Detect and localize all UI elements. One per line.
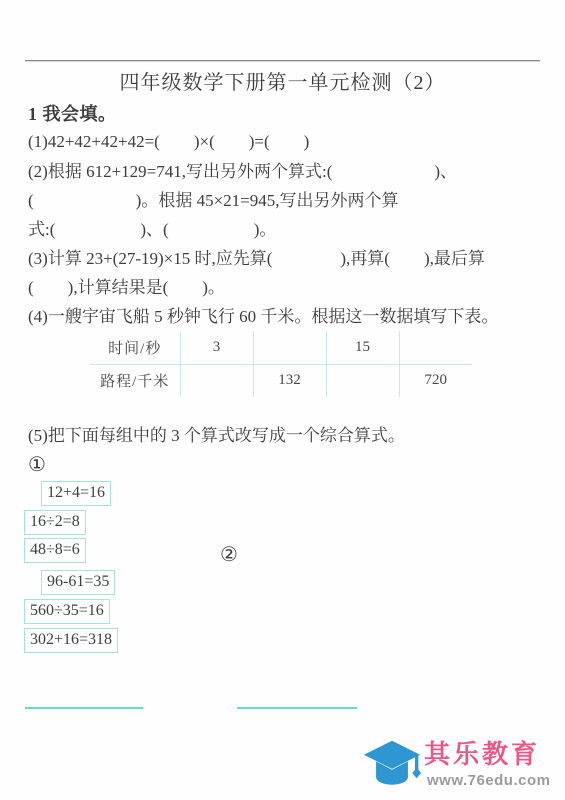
question-1-2-line-2: ( )。根据 45×21=945,写出另外两个算 (28, 189, 543, 213)
equation-box-1: 12+4=16 (41, 481, 111, 506)
page-title: 四年级数学下册第一单元检测（2） (0, 66, 565, 95)
equation-box-2: 16÷2=8 (24, 510, 86, 535)
question-1-heading: 1 我会填。 (28, 102, 543, 126)
table-cell-blank (253, 331, 326, 364)
question-1-1: (1)42+42+42+42=( )×( )=( ) (28, 130, 543, 154)
table-row-distance: 路程/千米 132 720 (90, 364, 472, 397)
equation-box-3: 48÷8=6 (24, 538, 86, 563)
worksheet-page: 四年级数学下册第一单元检测（2） 1 我会填。 (1)42+42+42+42=(… (0, 0, 565, 800)
table-cell-blank (399, 331, 472, 364)
question-1-4: (4)一艘宇宙飞船 5 秒钟飞行 60 千米。根据这一数据填写下表。 (28, 305, 543, 329)
question-1-3-line-1: (3)计算 23+(27-19)×15 时,应先算( ),再算( ),最后算 (28, 247, 543, 271)
graduation-cap-icon (362, 736, 422, 800)
group-2-label: ② (220, 542, 238, 567)
top-divider-rule (25, 60, 540, 62)
equation-box-5: 560÷35=16 (24, 599, 110, 624)
question-1-2-line-1: (2)根据 612+129=741,写出另外两个算式:( )、 (28, 160, 543, 184)
table-cell-blank (326, 364, 399, 397)
equation-box-4: 96-61=35 (41, 570, 115, 595)
group-1-label: ① (28, 452, 46, 477)
answer-blank-line-2 (237, 707, 357, 709)
answer-blank-line-1 (25, 707, 143, 709)
logo-brand-text: 其乐教育 (424, 740, 540, 768)
equation-box-6: 302+16=318 (24, 628, 118, 653)
site-logo: 其乐教育 www.76edu.com (362, 735, 562, 797)
time-distance-table: 时间/秒 3 15 路程/千米 132 720 (90, 331, 472, 397)
question-1-5: (5)把下面每组中的 3 个算式改写成一个综合算式。 (28, 424, 543, 448)
table-cell: 132 (253, 364, 326, 397)
table-header-distance: 路程/千米 (90, 364, 180, 397)
table-cell: 15 (326, 331, 399, 364)
question-1-2-line-3: 式:( )、( )。 (28, 218, 543, 242)
table-row-time: 时间/秒 3 15 (90, 331, 472, 364)
question-1-3-line-2: ( ),计算结果是( )。 (28, 276, 543, 300)
table-cell-blank (180, 364, 253, 397)
table-cell: 720 (399, 364, 472, 397)
logo-url-text: www.76edu.com (427, 772, 550, 789)
table-cell: 3 (180, 331, 253, 364)
table-header-time: 时间/秒 (90, 331, 180, 364)
